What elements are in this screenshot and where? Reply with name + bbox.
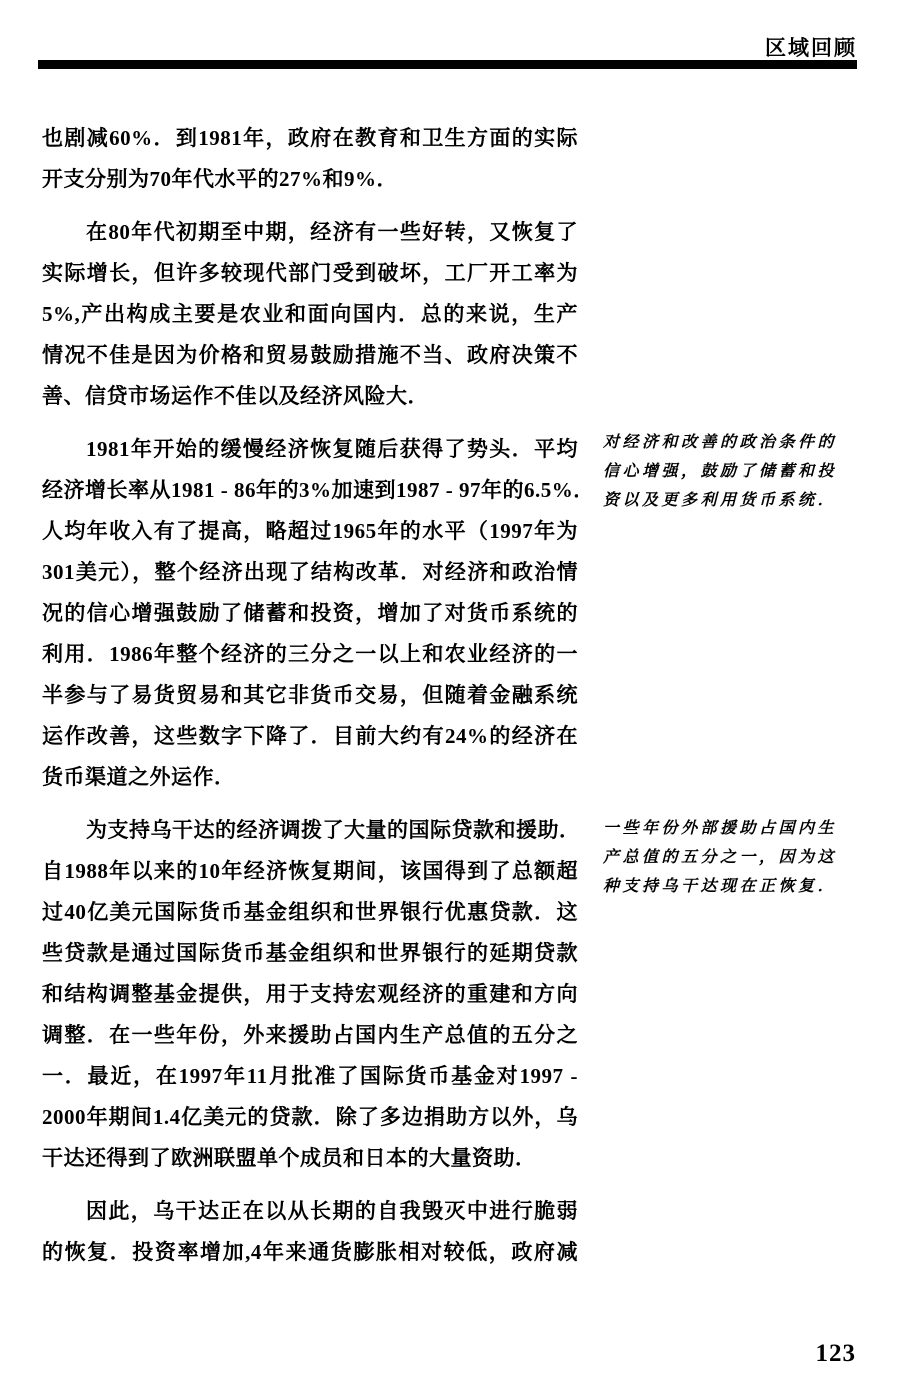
text-line: 利用．1986年整个经济的三分之一以上和农业经济的一 — [42, 634, 578, 675]
text-line: 些贷款是通过国际货币基金组织和世界银行的延期贷款 — [42, 933, 578, 974]
page-number: 123 — [816, 1340, 857, 1368]
paragraph: 因此，乌干达正在以从长期的自我毁灭中进行脆弱的恢复．投资率增加,4年来通货膨胀相… — [42, 1191, 578, 1273]
text-line: 人均年收入有了提高，略超过1965年的水平（1997年为 — [42, 511, 578, 552]
text-line: 过40亿美元国际货币基金组织和世界银行优惠贷款．这 — [42, 892, 578, 933]
margin-note-line: 信心增强，鼓励了储蓄和投 — [603, 457, 865, 486]
text-line: 2000年期间1.4亿美元的贷款．除了多边捐助方以外，乌 — [42, 1097, 578, 1138]
text-line: 为支持乌干达的经济调拨了大量的国际贷款和援助． — [42, 810, 578, 851]
body-column: 也剧减60%．到1981年，政府在教育和卫生方面的实际开支分别为70年代水平的2… — [42, 118, 578, 1273]
text-line: 1981年开始的缓慢经济恢复随后获得了势头．平均 — [42, 429, 578, 470]
text-line: 半参与了易货贸易和其它非货币交易，但随着金融系统 — [42, 675, 578, 716]
paragraph: 为支持乌干达的经济调拨了大量的国际贷款和援助．自1988年以来的10年经济恢复期… — [42, 810, 578, 1179]
text-line: 况的信心增强鼓励了储蓄和投资，增加了对货币系统的 — [42, 593, 578, 634]
margin-note: 对经济和改善的政治条件的信心增强，鼓励了储蓄和投资以及更多利用货币系统． — [603, 428, 865, 515]
paragraph: 在80年代初期至中期，经济有一些好转，又恢复了实际增长，但许多较现代部门受到破坏… — [42, 212, 578, 417]
text-line: 的恢复．投资率增加,4年来通货膨胀相对较低，政府减 — [42, 1232, 578, 1273]
text-line: 一．最近，在1997年11月批准了国际货币基金对1997 - — [42, 1056, 578, 1097]
margin-note: 一些年份外部援助占国内生产总值的五分之一，因为这种支持乌干达现在正恢复． — [603, 814, 865, 901]
text-line: 干达还得到了欧洲联盟单个成员和日本的大量资助． — [42, 1138, 578, 1179]
text-line: 货币渠道之外运作． — [42, 757, 578, 798]
running-head-title: 区域回顾 — [765, 32, 857, 62]
text-line: 调整．在一些年份，外来援助占国内生产总值的五分之 — [42, 1015, 578, 1056]
text-line: 开支分别为70年代水平的27%和9%． — [42, 159, 578, 200]
text-line: 在80年代初期至中期，经济有一些好转，又恢复了 — [42, 212, 578, 253]
document-page: 区域回顾 也剧减60%．到1981年，政府在教育和卫生方面的实际开支分别为70年… — [0, 0, 900, 1400]
text-line: 经济增长率从1981 - 86年的3%加速到1987 - 97年的6.5%． — [42, 470, 578, 511]
margin-note-line: 对经济和改善的政治条件的 — [603, 428, 865, 457]
text-line: 运作改善，这些数字下降了．目前大约有24%的经济在 — [42, 716, 578, 757]
text-line: 也剧减60%．到1981年，政府在教育和卫生方面的实际 — [42, 118, 578, 159]
text-line: 情况不佳是因为价格和贸易鼓励措施不当、政府决策不 — [42, 335, 578, 376]
paragraph: 1981年开始的缓慢经济恢复随后获得了势头．平均经济增长率从1981 - 86年… — [42, 429, 578, 798]
text-line: 301美元），整个经济出现了结构改革．对经济和政治情 — [42, 552, 578, 593]
paragraph: 也剧减60%．到1981年，政府在教育和卫生方面的实际开支分别为70年代水平的2… — [42, 118, 578, 200]
text-line: 5%,产出构成主要是农业和面向国内．总的来说，生产 — [42, 294, 578, 335]
text-line: 善、信贷市场运作不佳以及经济风险大． — [42, 376, 578, 417]
margin-note-line: 资以及更多利用货币系统． — [603, 486, 865, 515]
margin-note-line: 种支持乌干达现在正恢复． — [603, 872, 865, 901]
margin-note-line: 一些年份外部援助占国内生 — [603, 814, 865, 843]
header-divider-rule — [38, 60, 857, 69]
margin-note-line: 产总值的五分之一，因为这 — [603, 843, 865, 872]
text-line: 自1988年以来的10年经济恢复期间，该国得到了总额超 — [42, 851, 578, 892]
text-line: 因此，乌干达正在以从长期的自我毁灭中进行脆弱 — [42, 1191, 578, 1232]
text-line: 和结构调整基金提供，用于支持宏观经济的重建和方向 — [42, 974, 578, 1015]
text-line: 实际增长，但许多较现代部门受到破坏，工厂开工率为 — [42, 253, 578, 294]
